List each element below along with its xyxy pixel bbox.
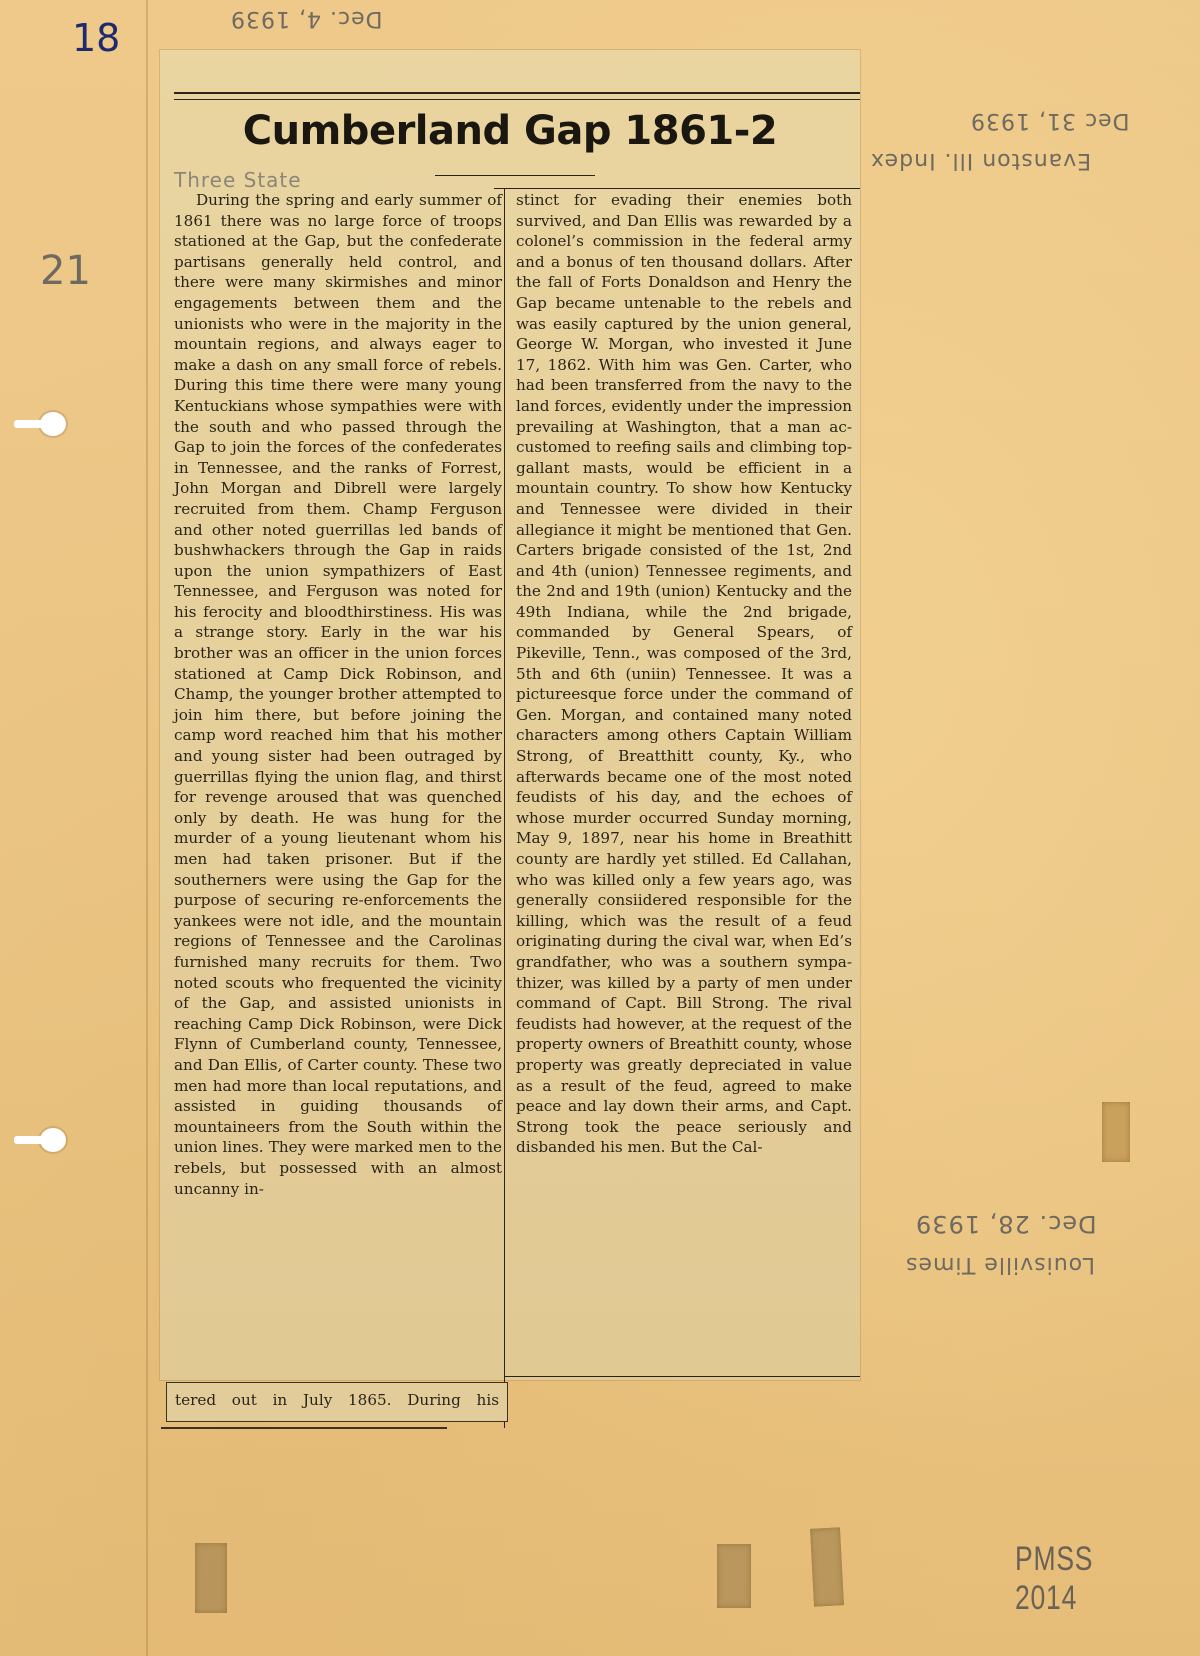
page-number-pencil: 21 [40, 248, 91, 294]
clipping-continuation-strip: tered out in July 1865. During his [166, 1382, 508, 1422]
archive-watermark: PMSS 2014 [1015, 1540, 1159, 1618]
handwritten-date-top-right: Dec 31, 1939 [970, 108, 1130, 133]
article-column-left: During the spring and early sum­mer of 1… [174, 190, 502, 1199]
pencil-note-header: Three State [174, 168, 302, 192]
article-column-right: stinct for evading their enemies both su… [516, 190, 852, 1158]
continuation-text: tered out in July 1865. During his [175, 1391, 499, 1409]
newspaper-clipping: Cumberland Gap 1861-2 Three State During… [160, 50, 860, 1380]
top-rule [174, 92, 860, 100]
column-bottom-rule [504, 1376, 860, 1377]
tape-stain [1102, 1102, 1130, 1162]
handwritten-date-lower-right: Dec. 28, 1939 [915, 1210, 1097, 1238]
page-number-ink: 18 [72, 16, 120, 60]
binder-hole-icon [40, 1128, 66, 1152]
article-text-left: During the spring and early sum­mer of 1… [174, 190, 502, 1199]
tape-strip [810, 1527, 844, 1606]
column-top-rule [494, 188, 860, 189]
page-fold-line [146, 0, 148, 1656]
binder-hole-icon [40, 412, 66, 436]
column-divider [504, 188, 505, 1428]
tape-strip [717, 1544, 751, 1608]
handwritten-source-top-right: Evanston Ill. Index [870, 148, 1091, 173]
article-text-right: stinct for evading their enemies both su… [516, 190, 852, 1158]
handwritten-date-top: Dec. 4, 1939 [230, 6, 383, 31]
article-headline: Cumberland Gap 1861-2 [160, 108, 860, 154]
headline-rule [435, 175, 595, 176]
tape-strip [195, 1543, 227, 1613]
handwritten-source-lower-right: Louisville Times [905, 1252, 1095, 1277]
